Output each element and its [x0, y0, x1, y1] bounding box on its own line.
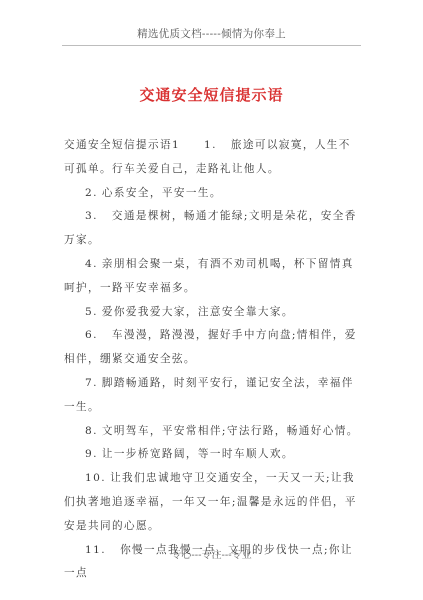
- paragraph-9: 9.让一步桥宽路阔，等一时车顺人欢。: [64, 443, 360, 467]
- item-number: 6.: [85, 329, 98, 341]
- item-text: 交通是棵树，畅通才能绿;文明是朵花，安全香万家。: [64, 210, 357, 246]
- paragraph-7: 7.脚踏畅通路，时刻平安行，谨记安全法，幸福伴一生。: [64, 372, 360, 420]
- item-text: 让我们忠诚地守卫交通安全，一天又一天;让我们执著地追逐幸福，一年又一年;温馨是永…: [64, 472, 357, 532]
- item-text: 让一步桥宽路阔，等一时车顺人欢。: [102, 448, 294, 460]
- paragraph-4: 4.亲朋相会聚一桌，有酒不劝司机喝，杯下留情真呵护，一路平安幸福多。: [64, 253, 360, 301]
- item-number: 3.: [85, 210, 98, 222]
- item-text: 心系安全，平安一生。: [102, 187, 222, 199]
- header-divider: [62, 45, 361, 46]
- item-number: 7.: [85, 377, 98, 389]
- paragraph-prefix: 交通安全短信提示语1: [64, 139, 180, 151]
- item-number: 5.: [85, 306, 98, 318]
- item-text: 车漫漫，路漫漫，握好手中方向盘;情相伴，爱相伴，绷紧交通安全弦。: [64, 329, 357, 365]
- item-number: 9.: [85, 448, 98, 460]
- document-body: 交通安全短信提示语1 1.旅途可以寂寞，人生不可孤单。行车关爱自己，走路礼让他人…: [64, 134, 360, 586]
- item-number: 4.: [85, 258, 98, 270]
- paragraph-3: 3.交通是棵树，畅通才能绿;文明是朵花，安全香万家。: [64, 205, 360, 253]
- item-text: 亲朋相会聚一桌，有酒不劝司机喝，杯下留情真呵护，一路平安幸福多。: [64, 258, 354, 294]
- header-text: 精选优质文档-----倾情为你奉上: [0, 26, 423, 41]
- paragraph-1: 交通安全短信提示语1 1.旅途可以寂寞，人生不可孤单。行车关爱自己，走路礼让他人…: [64, 134, 360, 182]
- item-number: 8.: [85, 425, 98, 437]
- item-text: 爱你爱我爱大家，注意安全靠大家。: [102, 306, 294, 318]
- paragraph-5: 5.爱你爱我爱大家，注意安全靠大家。: [64, 301, 360, 325]
- item-text: 脚踏畅通路，时刻平安行，谨记安全法，幸福伴一生。: [64, 377, 354, 413]
- item-text: 文明驾车，平安常相伴;守法行路，畅通好心情。: [102, 425, 359, 437]
- item-number: 10.: [85, 472, 106, 484]
- paragraph-10: 10.让我们忠诚地守卫交通安全，一天又一天;让我们执著地追逐幸福，一年又一年;温…: [64, 467, 360, 538]
- item-number: 2.: [85, 187, 98, 199]
- paragraph-2: 2.心系安全，平安一生。: [64, 182, 360, 206]
- item-number: 1.: [204, 139, 217, 151]
- paragraph-6: 6.车漫漫，路漫漫，握好手中方向盘;情相伴，爱相伴，绷紧交通安全弦。: [64, 324, 360, 372]
- paragraph-8: 8.文明驾车，平安常相伴;守法行路，畅通好心情。: [64, 420, 360, 444]
- document-title: 交通安全短信提示语: [0, 84, 423, 105]
- page-footer: 专心---专注---专业: [0, 546, 423, 561]
